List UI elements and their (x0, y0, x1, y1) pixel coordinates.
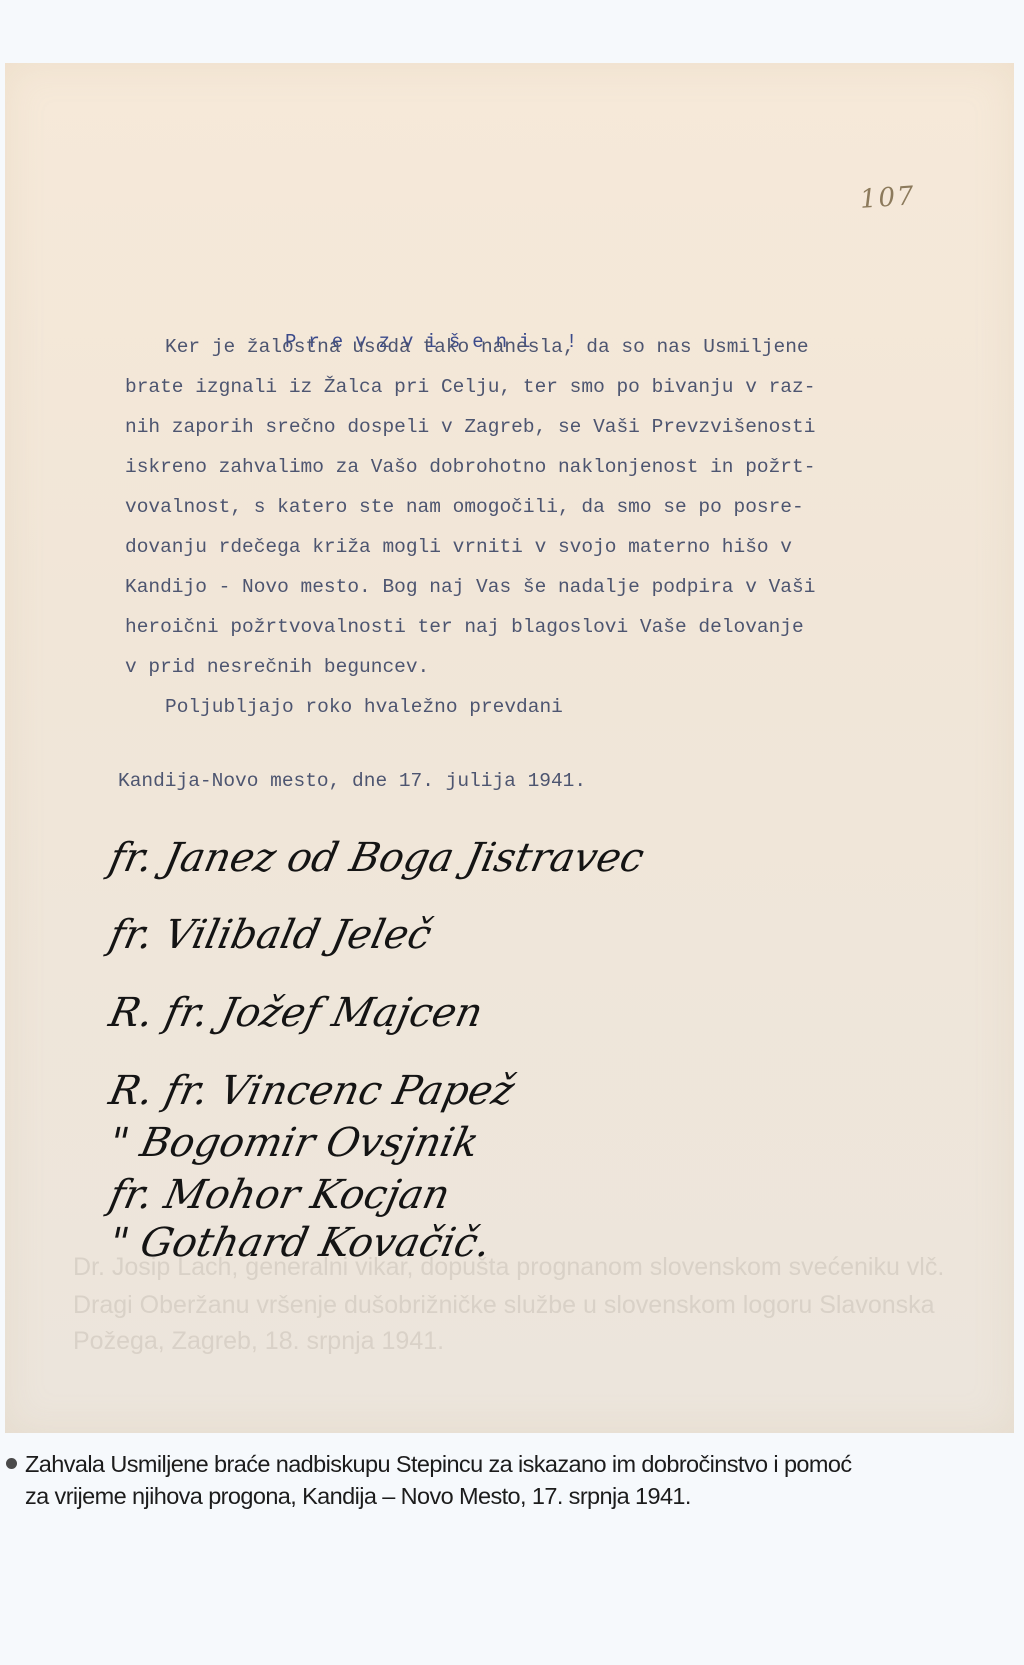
body-line: nih zaporih srečno dospeli v Zagreb, se … (125, 416, 815, 438)
signature: R. fr. Jožef Majcen (106, 993, 486, 1033)
show-through-text: Dr. Josip Lach, generalni vikar, dopušta… (73, 1253, 944, 1282)
signature: fr. Janez od Boga Jistravec (106, 838, 648, 878)
bullet-icon (6, 1458, 17, 1469)
signature: R. fr. Vincenc Papež (106, 1071, 518, 1111)
caption-line-2: za vrijeme njihova progona, Kandija – No… (6, 1480, 1006, 1512)
body-line: vovalnost, s katero ste nam omogočili, d… (125, 496, 804, 518)
signature: " Bogomir Ovsjnik (106, 1123, 482, 1163)
caption-line-1: Zahvala Usmiljene braće nadbiskupu Stepi… (25, 1451, 851, 1477)
body-line: v prid nesrečnih beguncev. (125, 656, 429, 678)
closing-line: Poljubljajo roko hvaležno prevdani (165, 696, 563, 718)
place-and-date: Kandija-Novo mesto, dne 17. julija 1941. (118, 770, 586, 792)
body-line: heroični požrtvovalnosti ter naj blagosl… (125, 616, 804, 638)
archival-letter-page: 107 Prevzvišeni ! Ker je žalostna usoda … (5, 63, 1014, 1433)
signature: fr. Vilibald Jeleč (106, 915, 435, 955)
signature: fr. Mohor Kocjan (106, 1175, 453, 1215)
body-line: Kandijo - Novo mesto. Bog naj Vas še nad… (125, 576, 815, 598)
body-line: dovanju rdečega križa mogli vrniti v svo… (125, 536, 792, 558)
body-line: iskreno zahvalimo za Vašo dobrohotno nak… (125, 456, 815, 478)
body-line: Ker je žalostna usoda tako nanesla, da s… (165, 336, 809, 358)
figure-caption: Zahvala Usmiljene braće nadbiskupu Stepi… (6, 1448, 1006, 1512)
folio-number: 107 (859, 181, 917, 215)
body-line: brate izgnali iz Žalca pri Celju, ter sm… (125, 376, 815, 398)
show-through-text: Dragi Oberžanu vršenje dušobrižničke slu… (73, 1291, 935, 1320)
show-through-text: Požega, Zagreb, 18. srpnja 1941. (73, 1327, 444, 1356)
